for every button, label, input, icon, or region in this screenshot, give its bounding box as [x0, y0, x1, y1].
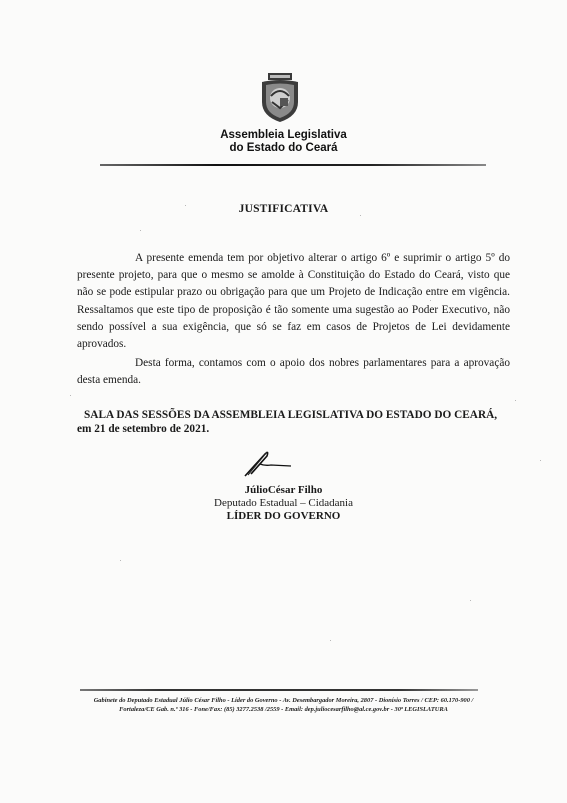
institution-name: Assembleia Legislativa — [0, 129, 567, 141]
justification-paragraph: A presente emenda tem por objetivo alter… — [77, 250, 510, 353]
header-divider — [100, 164, 486, 166]
document-title: JUSTIFICATIVA — [0, 203, 567, 215]
session-closing: SALA DAS SESSÕES DA ASSEMBLEIA LEGISLATI… — [77, 408, 510, 436]
signer-role: Deputado Estadual – Cidadania — [0, 497, 567, 510]
handwritten-signature-icon — [243, 448, 298, 478]
footer-address-line2: Fortaleza/CE Gab. n.º 316 - Fone/Fax: (8… — [0, 705, 567, 714]
signer-title: LÍDER DO GOVERNO — [0, 510, 567, 523]
state-coat-of-arms-icon — [258, 72, 302, 124]
signer-name: JúlioCésar Filho — [0, 484, 567, 497]
footer-address-line1: Gabinete do Deputado Estadual Júlio Césa… — [0, 696, 567, 705]
support-paragraph: Desta forma, contamos com o apoio dos no… — [77, 355, 510, 389]
institution-state: do Estado do Ceará — [0, 142, 567, 154]
footer-divider — [80, 689, 478, 691]
